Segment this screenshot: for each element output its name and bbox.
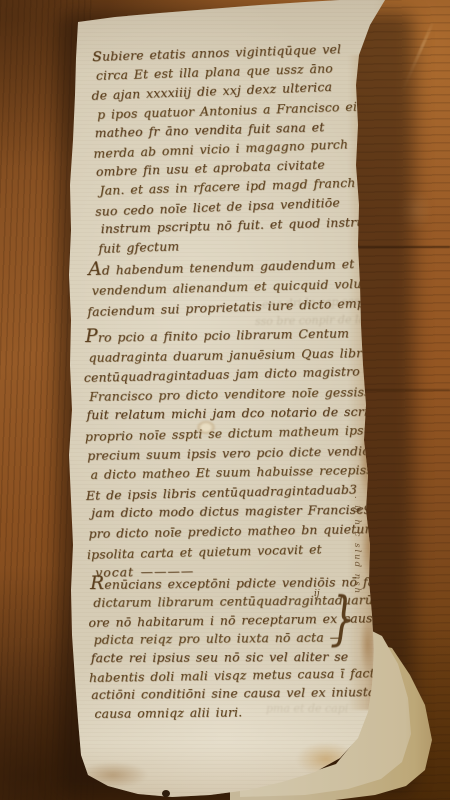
small-ink-dash [356, 508, 362, 511]
photo-of-manuscript: subiere etatis annos vigintiqūque velcir… [0, 0, 450, 800]
manuscript-line: causa omniqz alii iuri. [94, 702, 399, 724]
manuscript-paragraph-1: subiere etatis annos vigintiqūque velcir… [92, 37, 377, 258]
margin-line-mark: ij [314, 589, 320, 599]
show-through-ghost-text: pma et de capi [266, 702, 348, 715]
dark-speck [162, 790, 170, 797]
manuscript-paragraph-3: Pro pcio a finito pcio librarum Centumqu… [85, 322, 392, 583]
show-through-ghost-text: sso bre conpir de la [255, 313, 365, 328]
margin-brace-mark: } [330, 586, 355, 653]
